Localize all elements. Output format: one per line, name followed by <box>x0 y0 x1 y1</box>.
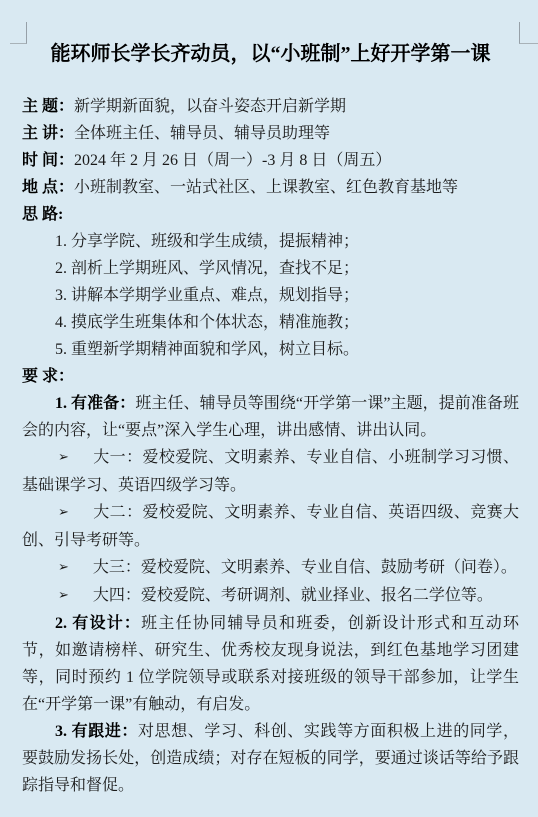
requirement-1-lead: 1. 有准备： <box>55 395 135 412</box>
requirement-2-lead: 2. 有设计： <box>55 615 141 632</box>
grade-bullet-sophomore-text: 大二：爱校爱院、文明素养、专业自信、英语四级、竞赛大创、引导考研等。 <box>22 504 519 549</box>
meta-row-location: 地 点：小班制教室、一站式社区、上课教室、红色教育基地等 <box>22 174 519 201</box>
requirement-paragraph-1: 1. 有准备：班主任、辅导员等围绕“开学第一课”主题，提前准备班会的内容，让“要… <box>22 390 519 444</box>
silu-item-1: 1. 分享学院、班级和学生成绩，提振精神； <box>22 228 519 255</box>
document-title: 能环师长学长齐动员，以“小班制”上好开学第一课 <box>22 40 519 68</box>
silu-item-5: 5. 重塑新学期精神面貌和学风，树立目标。 <box>22 336 519 363</box>
meta-value-time: 2024 年 2 月 26 日（周一）-3 月 8 日（周五） <box>74 152 391 169</box>
silu-item-2: 2. 剖析上学期班风、学风情况，查找不足； <box>22 255 519 282</box>
arrow-bullet-icon: ➢ <box>58 554 69 581</box>
meta-block: 主 题：新学期新面貌，以奋斗姿态开启新学期 主 讲：全体班主任、辅导员、辅导员助… <box>22 93 519 201</box>
grade-bullet-junior-text: 大三：爱校爱院、文明素养、专业自信、鼓励考研（问卷）。 <box>93 559 517 576</box>
silu-item-3: 3. 讲解本学期学业重点、难点，规划指导； <box>22 282 519 309</box>
meta-label-time: 时 间： <box>22 152 74 169</box>
meta-label-location: 地 点： <box>22 179 74 196</box>
arrow-bullet-icon: ➢ <box>58 582 69 609</box>
arrow-bullet-icon: ➢ <box>58 499 69 526</box>
arrow-bullet-icon: ➢ <box>58 444 69 471</box>
requirement-paragraph-3: 3. 有跟进：对思想、学习、科创、实践等方面积极上进的同学，要鼓励发扬长处，创造… <box>22 718 519 799</box>
grade-bullet-junior: ➢大三：爱校爱院、文明素养、专业自信、鼓励考研（问卷）。 <box>22 554 519 582</box>
meta-row-theme: 主 题：新学期新面貌，以奋斗姿态开启新学期 <box>22 93 519 120</box>
requirement-3-lead: 3. 有跟进： <box>55 723 138 740</box>
grade-bullet-senior: ➢大四：爱校爱院、考研调剂、就业择业、报名二学位等。 <box>22 582 519 610</box>
grade-bullet-freshman: ➢大一：爱校爱院、文明素养、专业自信、小班制学习习惯、基础课学习、英语四级学习等… <box>22 444 519 499</box>
silu-section: 思 路: 1. 分享学院、班级和学生成绩，提振精神； 2. 剖析上学期班风、学风… <box>22 201 519 363</box>
meta-value-speaker: 全体班主任、辅导员、辅导员助理等 <box>74 125 330 142</box>
document-page: 能环师长学长齐动员，以“小班制”上好开学第一课 主 题：新学期新面貌，以奋斗姿态… <box>0 0 538 817</box>
meta-value-theme: 新学期新面貌，以奋斗姿态开启新学期 <box>74 98 346 115</box>
grade-bullet-senior-text: 大四：爱校爱院、考研调剂、就业择业、报名二学位等。 <box>93 587 493 604</box>
meta-row-speaker: 主 讲：全体班主任、辅导员、辅导员助理等 <box>22 120 519 147</box>
yaoqiu-heading: 要 求： <box>22 363 519 390</box>
margin-mark-top-right-icon <box>519 22 538 44</box>
yaoqiu-section: 要 求： 1. 有准备：班主任、辅导员等围绕“开学第一课”主题，提前准备班会的内… <box>22 363 519 799</box>
grade-bullet-sophomore: ➢大二：爱校爱院、文明素养、专业自信、英语四级、竞赛大创、引导考研等。 <box>22 499 519 554</box>
meta-row-time: 时 间：2024 年 2 月 26 日（周一）-3 月 8 日（周五） <box>22 147 519 174</box>
margin-mark-top-left-icon <box>10 22 27 44</box>
meta-label-speaker: 主 讲： <box>22 125 74 142</box>
meta-value-location: 小班制教室、一站式社区、上课教室、红色教育基地等 <box>74 179 458 196</box>
meta-label-theme: 主 题： <box>22 98 74 115</box>
silu-item-4: 4. 摸底学生班集体和个体状态，精准施教； <box>22 309 519 336</box>
document-content: 能环师长学长齐动员，以“小班制”上好开学第一课 主 题：新学期新面貌，以奋斗姿态… <box>0 40 538 799</box>
silu-heading: 思 路: <box>22 201 519 228</box>
requirement-paragraph-2: 2. 有设计：班主任协同辅导员和班委，创新设计形式和互动环节，如邀请榜样、研究生… <box>22 610 519 718</box>
grade-bullet-freshman-text: 大一：爱校爱院、文明素养、专业自信、小班制学习习惯、基础课学习、英语四级学习等。 <box>22 449 519 494</box>
